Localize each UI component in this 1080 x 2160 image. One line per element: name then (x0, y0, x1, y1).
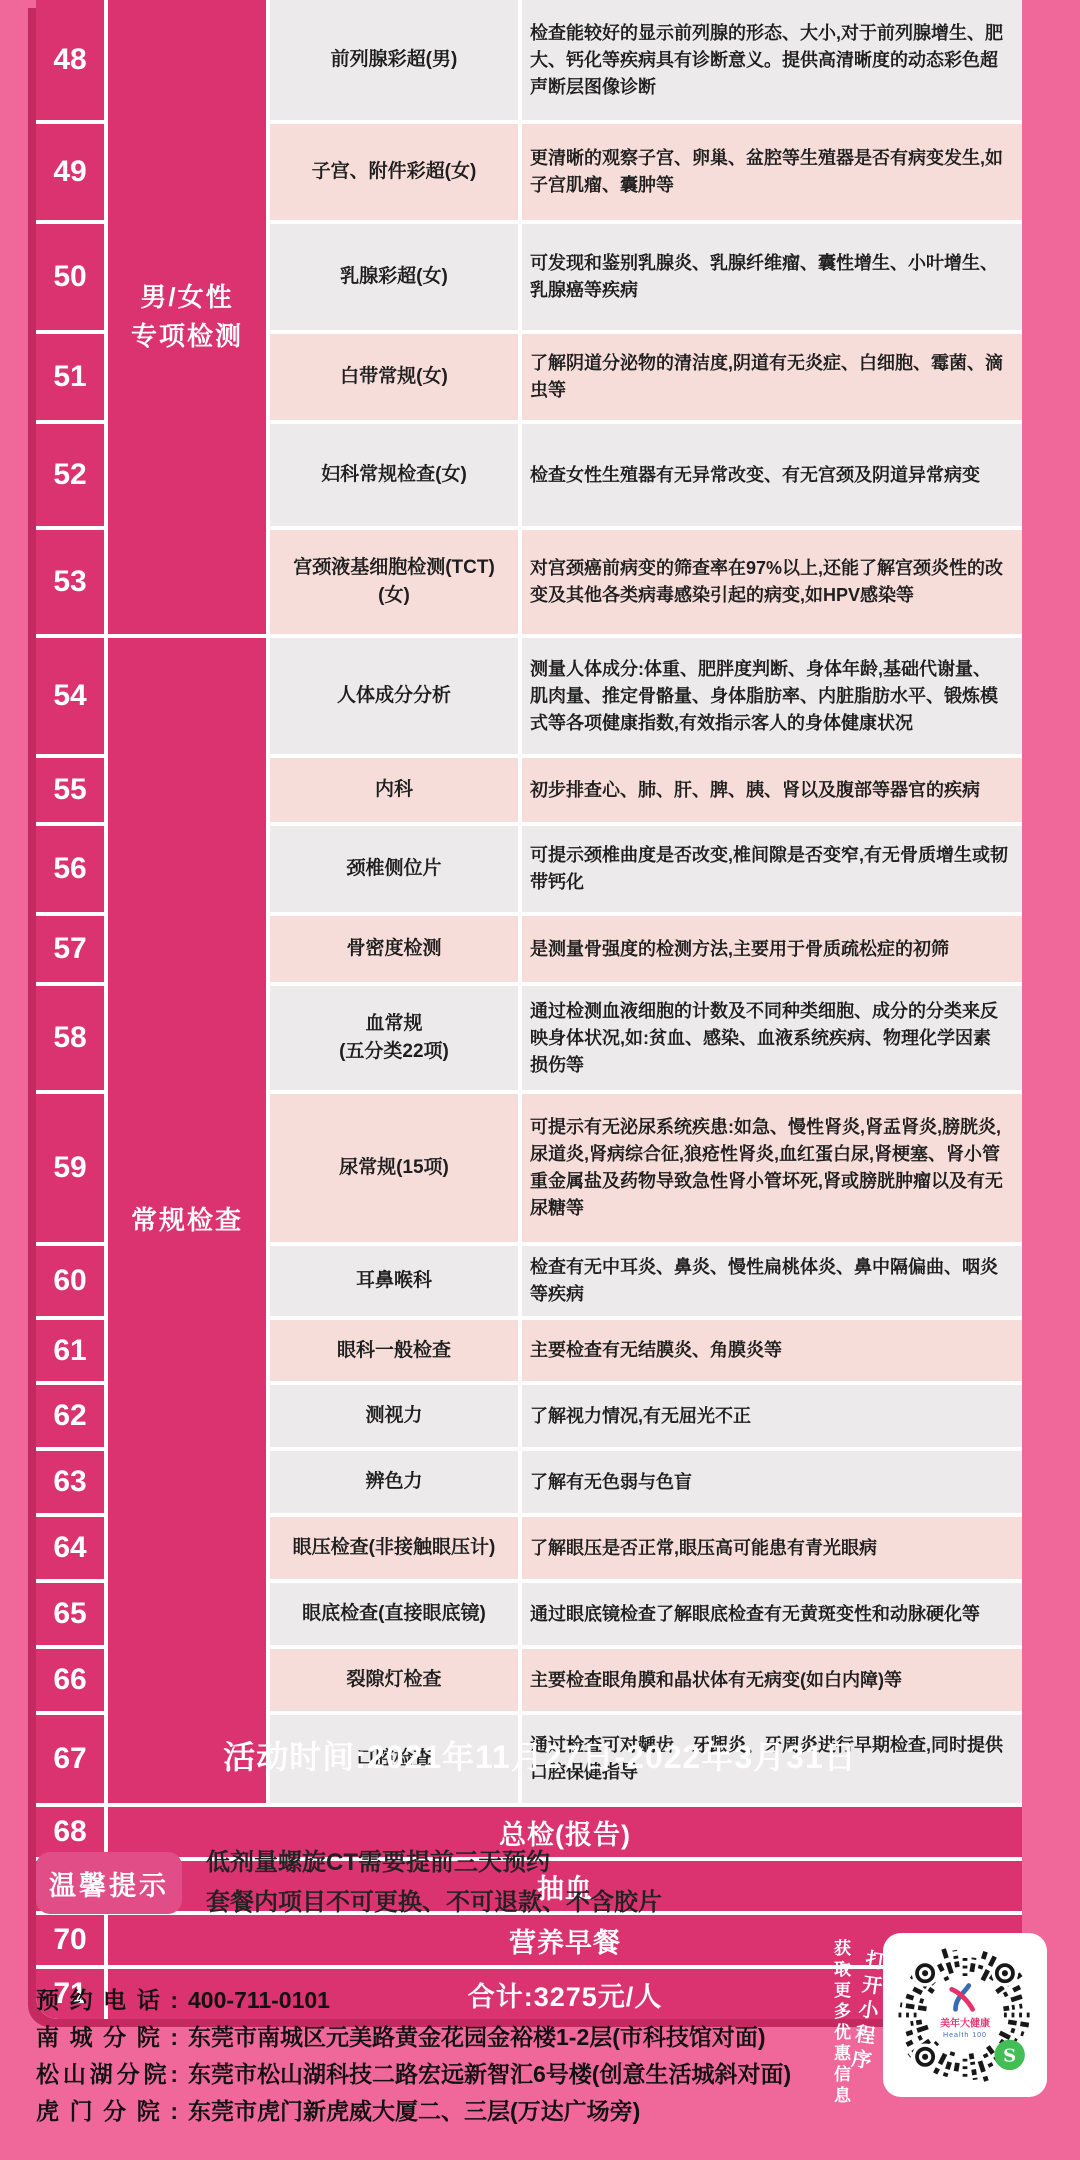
contact-label: 虎门分院: (36, 2093, 178, 2130)
item-name-cell: 眼底检查(直接眼底镜) (270, 1583, 518, 1645)
item-name-cell: 妇科常规检查(女) (270, 424, 518, 526)
item-name-cell: 前列腺彩超(男) (270, 0, 518, 120)
row-number: 55 (36, 758, 104, 822)
item-description-cell: 检查女性生殖器有无异常改变、有无宫颈及阴道异常病变 (522, 424, 1022, 526)
price-table-card: 男/女性 专项检测48前列腺彩超(男)检查能较好的显示前列腺的形态、大小,对于前… (36, 0, 1022, 2019)
item-name-cell: 眼压检查(非接触眼压计) (270, 1517, 518, 1579)
row-number: 52 (36, 424, 104, 526)
contact-label: 松山湖分院: (36, 2056, 178, 2093)
contact-line-phone: 预约电话:400-711-0101 (36, 1982, 791, 2019)
qr-code-graphic: 美年大健康Health 100S (889, 1939, 1041, 2091)
contact-line-nancheng: 南城分院:东莞市南城区元美路黄金花园金裕楼1-2层(市科技馆对面) (36, 2019, 791, 2056)
item-name-cell: 裂隙灯检查 (270, 1649, 518, 1711)
contact-value: 东莞市松山湖科技二路宏远新智汇6号楼(创意生活城斜对面) (188, 2061, 791, 2087)
contact-value: 东莞市南城区元美路黄金花园金裕楼1-2层(市科技馆对面) (188, 2024, 766, 2050)
category-cell: 男/女性 专项检测 (108, 0, 266, 634)
item-name-cell: 白带常规(女) (270, 334, 518, 420)
item-name-cell: 测视力 (270, 1385, 518, 1447)
item-name-cell: 乳腺彩超(女) (270, 224, 518, 330)
contact-value: 东莞市虎门新虎威大厦二、三层(万达广场旁) (188, 2098, 640, 2124)
activity-period-text: 活动时间:2021年11月27日-2022年3月31日 (0, 1732, 1080, 1778)
item-description-cell: 更清晰的观察子宫、卵巢、盆腔等生殖器是否有病变发生,如子宫肌瘤、囊肿等 (522, 124, 1022, 220)
contact-line-songshanhu: 松山湖分院:东莞市松山湖科技二路宏远新智汇6号楼(创意生活城斜对面) (36, 2056, 791, 2093)
item-description-cell: 了解阴道分泌物的清洁度,阴道有无炎症、白细胞、霉菌、滴虫等 (522, 334, 1022, 420)
item-description-cell: 了解眼压是否正常,眼压高可能患有青光眼病 (522, 1517, 1022, 1579)
row-number: 56 (36, 826, 104, 912)
row-number: 60 (36, 1246, 104, 1316)
table-section-routine: 常规检查54人体成分分析测量人体成分:体重、肥胖度判断、身体年龄,基础代谢量、肌… (36, 638, 1022, 1803)
wechat-icon: S (1003, 2046, 1016, 2067)
row-number: 58 (36, 986, 104, 1090)
item-name-cell: 人体成分分析 (270, 638, 518, 754)
item-description-cell: 主要检查眼角膜和晶状体有无病变(如白内障)等 (522, 1649, 1022, 1711)
mini-program-qr-code: 美年大健康Health 100S (883, 1933, 1047, 2097)
category-cell: 常规检查 (108, 638, 266, 1803)
item-description-cell: 可发现和鉴别乳腺炎、乳腺纤维瘤、囊性增生、小叶增生、乳腺癌等疾病 (522, 224, 1022, 330)
item-description-cell: 主要检查有无结膜炎、角膜炎等 (522, 1320, 1022, 1381)
item-name-cell: 尿常规(15项) (270, 1094, 518, 1242)
row-number: 70 (36, 1915, 104, 1965)
item-description-cell: 测量人体成分:体重、肥胖度判断、身体年龄,基础代谢量、肌肉量、推定骨骼量、身体脂… (522, 638, 1022, 754)
tips-badge: 温馨提示 (36, 1852, 182, 1914)
promo-poster-page: 男/女性 专项检测48前列腺彩超(男)检查能较好的显示前列腺的形态、大小,对于前… (0, 0, 1080, 2160)
row-number: 68 (36, 1807, 104, 1857)
tips-text: 低剂量螺旋CT需要提前三天预约 套餐内项目不可更换、不可退款、不含胶片 (206, 1843, 662, 1923)
row-number: 62 (36, 1385, 104, 1447)
item-description-cell: 初步排查心、肺、肝、脾、胰、肾以及腹部等器官的疾病 (522, 758, 1022, 822)
item-name-cell: 颈椎侧位片 (270, 826, 518, 912)
row-number: 50 (36, 224, 104, 330)
item-description-cell: 通过检测血液细胞的计数及不同种类细胞、成分的分类来反映身体状况,如:贫血、感染、… (522, 986, 1022, 1090)
mini-program-promo: 获取更多优惠信息 打开小程序 美年大健康Health 100S (818, 1925, 1068, 2110)
row-number: 57 (36, 916, 104, 982)
item-name-cell: 耳鼻喉科 (270, 1246, 518, 1316)
row-number: 65 (36, 1583, 104, 1645)
item-name-cell: 骨密度检测 (270, 916, 518, 982)
row-number: 64 (36, 1517, 104, 1579)
item-description-cell: 可提示颈椎曲度是否改变,椎间隙是否变窄,有无骨质增生或韧带钙化 (522, 826, 1022, 912)
tips-line-2: 套餐内项目不可更换、不可退款、不含胶片 (206, 1883, 662, 1923)
item-description-cell: 可提示有无泌尿系统疾患:如急、慢性肾炎,肾盂肾炎,膀胱炎,尿道炎,肾病综合征,狼… (522, 1094, 1022, 1242)
row-number: 48 (36, 0, 104, 120)
qr-center-sub-text: Health 100 (943, 2031, 987, 2039)
row-number: 59 (36, 1094, 104, 1242)
table-section-gender-specific: 男/女性 专项检测48前列腺彩超(男)检查能较好的显示前列腺的形态、大小,对于前… (36, 0, 1022, 634)
item-name-cell: 眼科一般检查 (270, 1320, 518, 1381)
item-description-cell: 了解视力情况,有无屈光不正 (522, 1385, 1022, 1447)
item-description-cell: 检查能较好的显示前列腺的形态、大小,对于前列腺增生、肥大、钙化等疾病具有诊断意义… (522, 0, 1022, 120)
item-name-cell: 宫颈液基细胞检测(TCT) (女) (270, 530, 518, 634)
contact-info: 预约电话:400-711-0101 南城分院:东莞市南城区元美路黄金花园金裕楼1… (36, 1982, 791, 2130)
qr-center-brand-text: 美年大健康 (940, 2016, 990, 2029)
row-number: 54 (36, 638, 104, 754)
item-description-cell: 通过眼底镜检查了解眼底检查有无黄斑变性和动脉硬化等 (522, 1583, 1022, 1645)
row-number: 66 (36, 1649, 104, 1711)
contact-label: 预约电话: (36, 1982, 178, 2019)
row-number: 49 (36, 124, 104, 220)
contact-label: 南城分院: (36, 2019, 178, 2056)
item-description-cell: 是测量骨强度的检测方法,主要用于骨质疏松症的初筛 (522, 916, 1022, 982)
item-name-cell: 内科 (270, 758, 518, 822)
item-description-cell: 对宫颈癌前病变的筛查率在97%以上,还能了解宫颈炎性的改变及其他各类病毒感染引起… (522, 530, 1022, 634)
item-description-cell: 了解有无色弱与色盲 (522, 1451, 1022, 1513)
item-description-cell: 检查有无中耳炎、鼻炎、慢性扁桃体炎、鼻中隔偏曲、咽炎等疾病 (522, 1246, 1022, 1316)
item-name-cell: 辨色力 (270, 1451, 518, 1513)
contact-line-humen: 虎门分院:东莞市虎门新虎威大厦二、三层(万达广场旁) (36, 2093, 791, 2130)
item-name-cell: 子宫、附件彩超(女) (270, 124, 518, 220)
row-number: 63 (36, 1451, 104, 1513)
row-number: 61 (36, 1320, 104, 1381)
row-number: 51 (36, 334, 104, 420)
contact-value: 400-711-0101 (188, 1987, 330, 2013)
tips-line-1: 低剂量螺旋CT需要提前三天预约 (206, 1843, 662, 1883)
row-number: 53 (36, 530, 104, 634)
item-name-cell: 血常规 (五分类22项) (270, 986, 518, 1090)
